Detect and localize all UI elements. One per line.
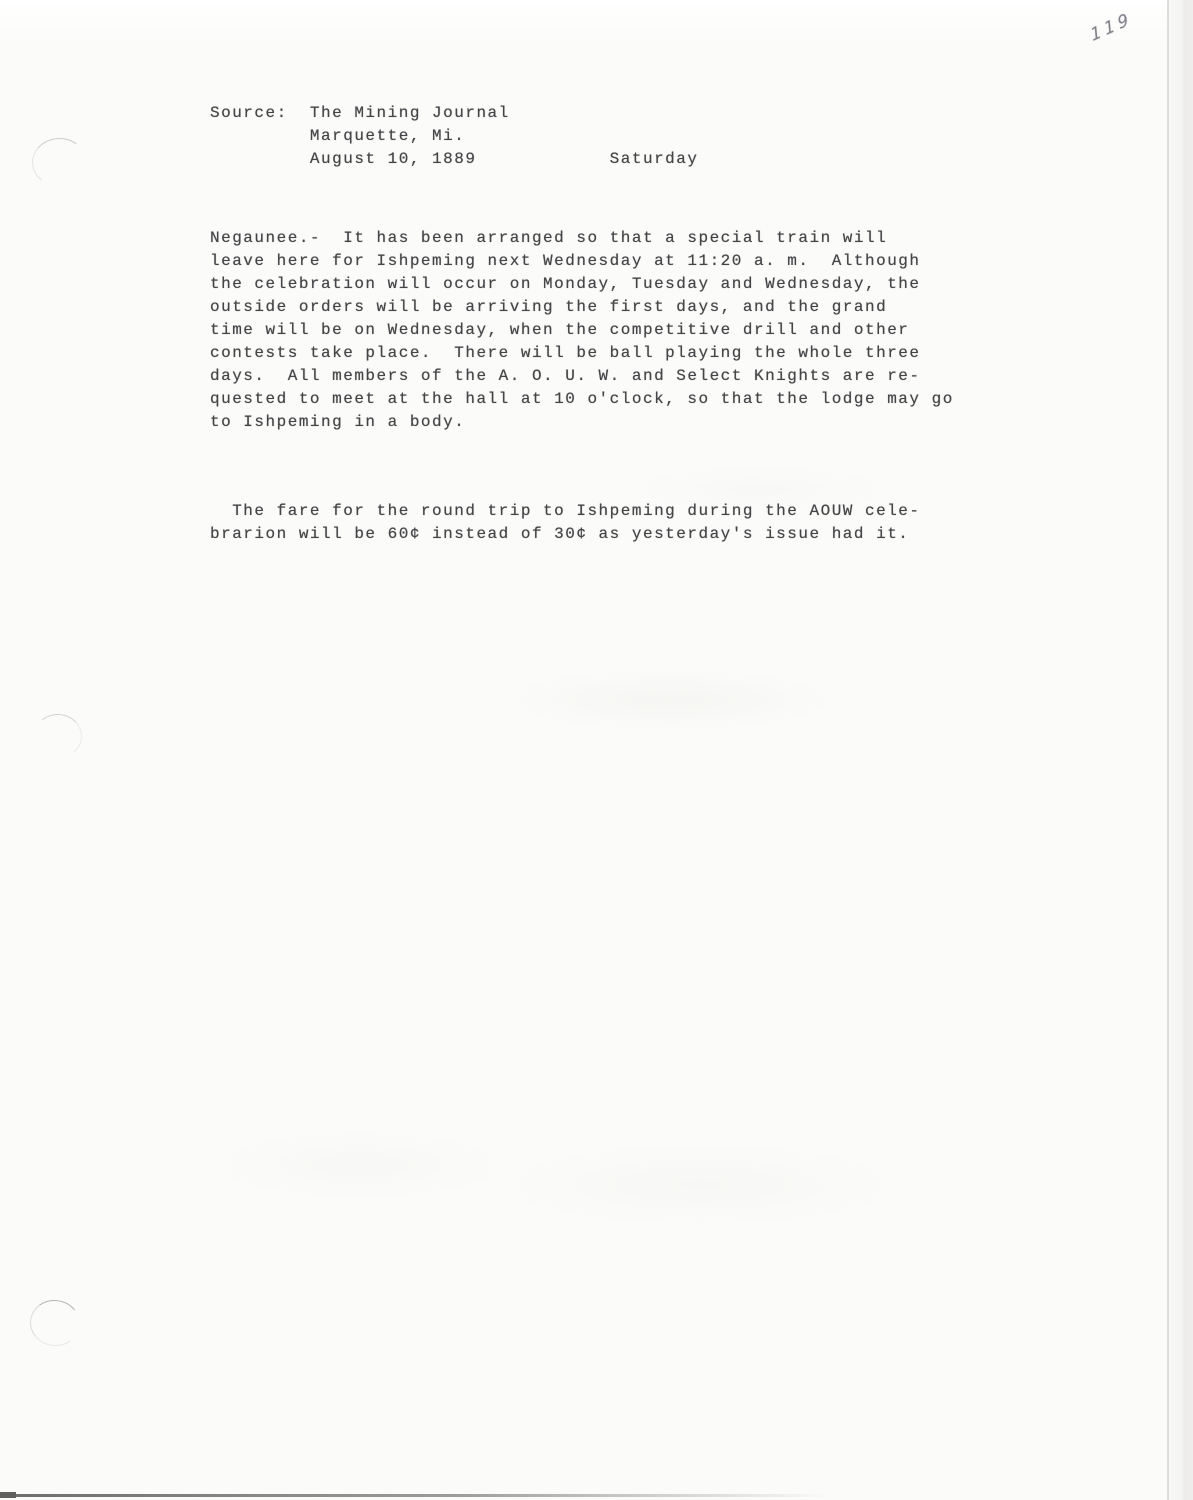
document-page: 119 Source: The Mining Journal Marquette… xyxy=(0,0,1193,1500)
scan-bottom-edge-corner xyxy=(0,1492,16,1498)
punch-hole-mark-top xyxy=(30,135,89,188)
page-edge-strip xyxy=(1169,0,1193,1500)
punch-hole-mark-bottom xyxy=(27,1297,83,1350)
handwritten-page-number: 119 xyxy=(1088,9,1134,46)
scan-bottom-edge xyxy=(0,1494,830,1497)
source-header: Source: The Mining Journal Marquette, Mi… xyxy=(210,102,698,171)
page-edge-line xyxy=(1167,0,1169,1500)
punch-hole-mark-middle xyxy=(33,712,84,759)
fare-correction-paragraph: The fare for the round trip to Ishpeming… xyxy=(210,500,921,546)
article-paragraph: Negaunee.- It has been arranged so that … xyxy=(210,227,954,434)
